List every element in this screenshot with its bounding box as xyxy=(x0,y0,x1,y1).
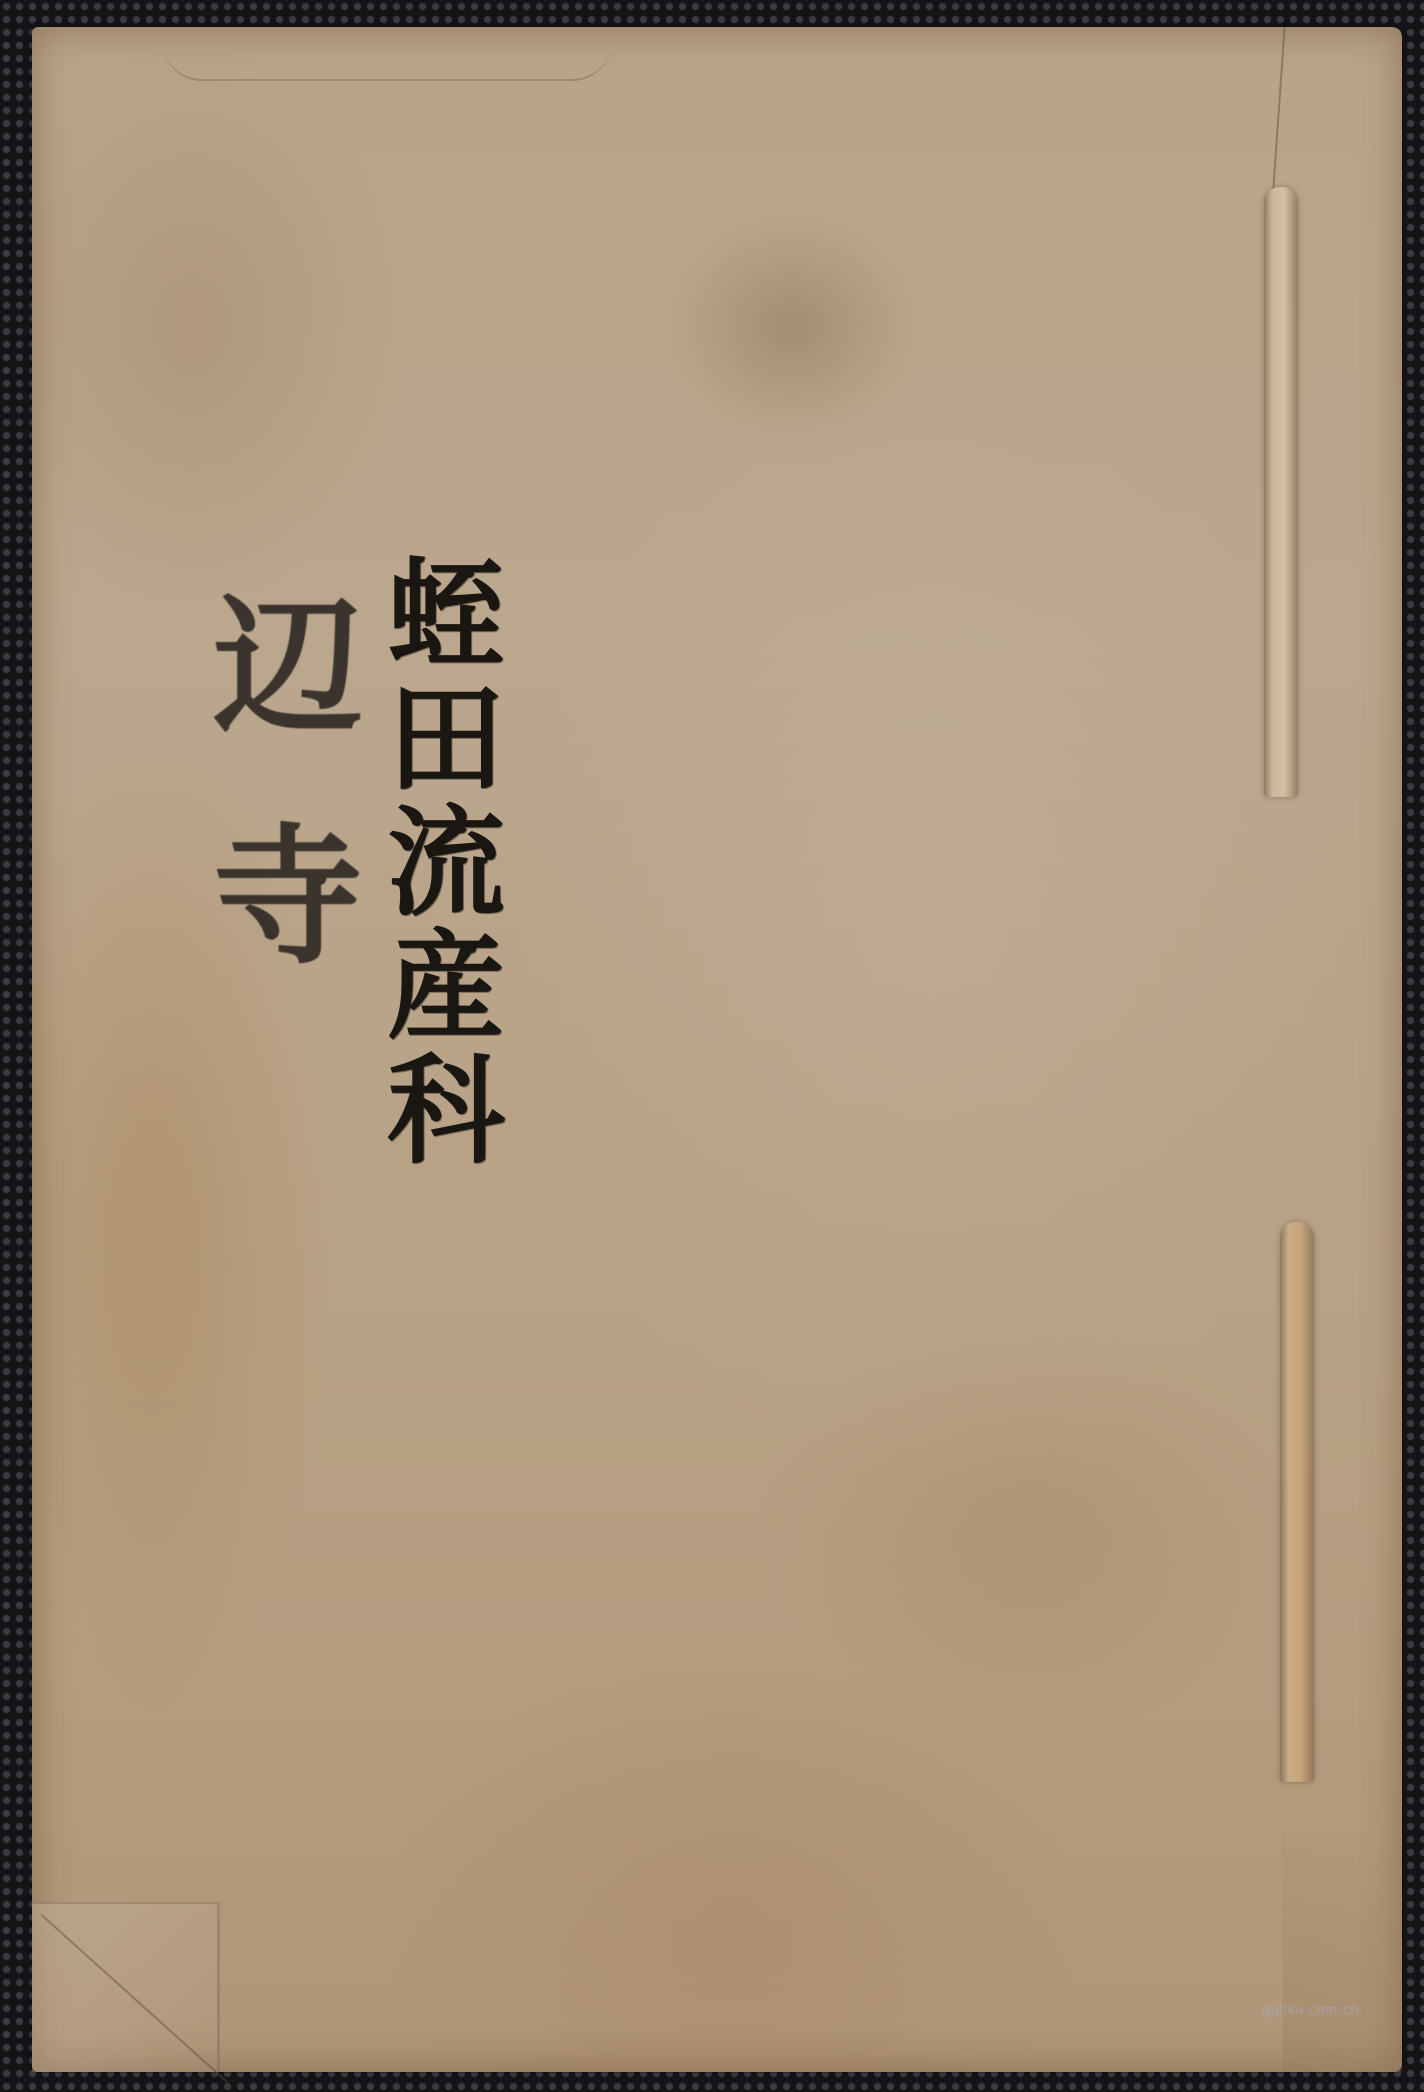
worn-top-edge xyxy=(162,37,612,81)
main-title-handwritten: 蛭田流産科 xyxy=(377,552,495,1172)
bleed-through-text-left xyxy=(222,257,307,1857)
site-watermark: gujiku.com.cn xyxy=(1262,2003,1359,2018)
worn-corner-bottom-right xyxy=(1282,1832,1402,2072)
side-title-handwritten: 辺寺 xyxy=(200,587,350,1047)
folded-corner-bottom-left xyxy=(32,1902,220,2072)
binding-strip-bottom xyxy=(1280,1222,1314,1782)
binding-strip-top xyxy=(1264,187,1298,797)
book-cover-page: 辺寺 蛭田流産科 xyxy=(32,27,1402,2072)
